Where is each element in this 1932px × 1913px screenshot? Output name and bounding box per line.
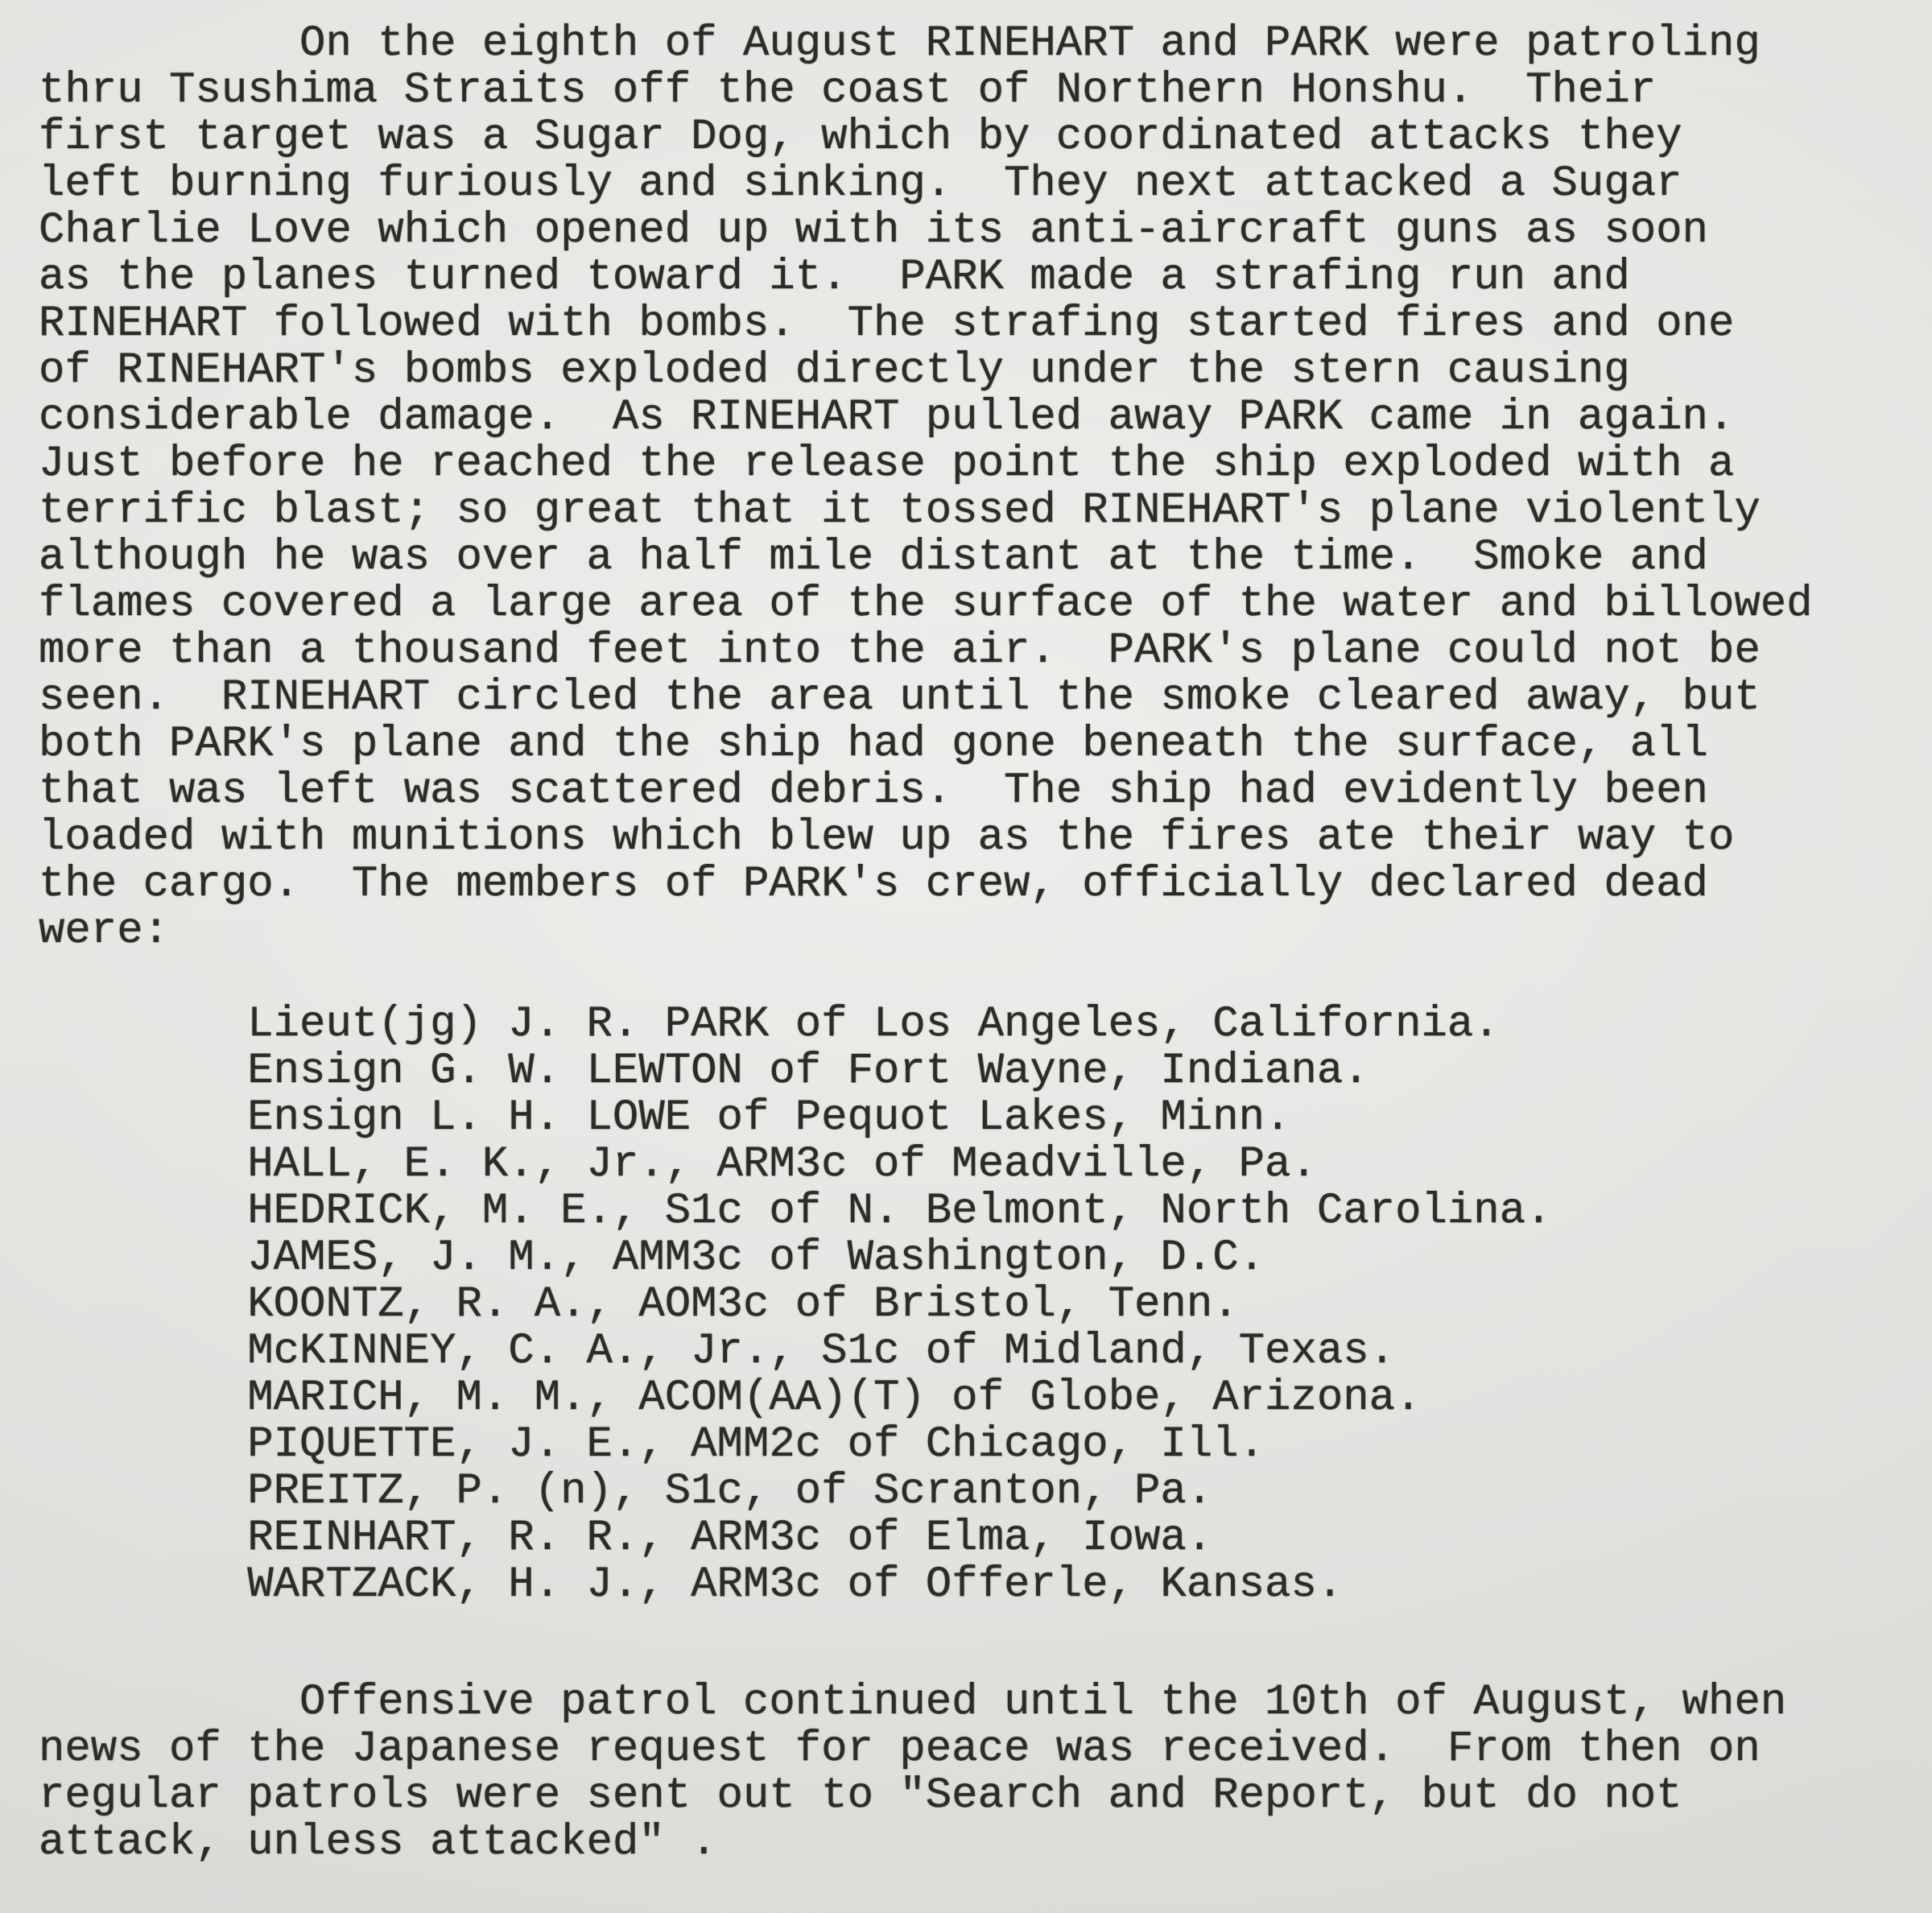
crew-line: MARICH, M. M., ACOM(AA)(T) of Globe, Ari… <box>39 1375 1908 1422</box>
report-line: although he was over a half mile distant… <box>39 535 1908 581</box>
report-line: terrific blast; so great that it tossed … <box>39 488 1908 535</box>
report-line: On the eighth of August RINEHART and PAR… <box>39 21 1908 68</box>
closing-paragraph: Offensive patrol continued until the 10t… <box>39 1680 1908 1866</box>
crew-line: REINHART, R. R., ARM3c of Elma, Iowa. <box>39 1515 1908 1562</box>
report-line: Charlie Love which opened up with its an… <box>39 208 1908 254</box>
report-line: the cargo. The members of PARK's crew, o… <box>39 861 1908 908</box>
report-line: Just before he reached the release point… <box>39 441 1908 488</box>
report-line: thru Tsushima Straits off the coast of N… <box>39 68 1908 114</box>
crew-line: WARTZACK, H. J., ARM3c of Offerle, Kansa… <box>39 1562 1908 1609</box>
report-line: loaded with munitions which blew up as t… <box>39 815 1908 861</box>
report-line: both PARK's plane and the ship had gone … <box>39 721 1908 768</box>
opening-paragraph: On the eighth of August RINEHART and PAR… <box>39 21 1908 955</box>
report-line: as the planes turned toward it. PARK mad… <box>39 254 1908 301</box>
crew-line: Lieut(jg) J. R. PARK of Los Angeles, Cal… <box>39 1002 1908 1048</box>
report-line: first target was a Sugar Dog, which by c… <box>39 114 1908 161</box>
report-line: flames covered a large area of the surfa… <box>39 581 1908 628</box>
crew-casualty-list: Lieut(jg) J. R. PARK of Los Angeles, Cal… <box>39 1002 1908 1609</box>
crew-line: JAMES, J. M., AMM3c of Washington, D.C. <box>39 1235 1908 1282</box>
report-line: news of the Japanese request for peace w… <box>39 1726 1908 1773</box>
crew-line: HALL, E. K., Jr., ARM3c of Meadville, Pa… <box>39 1142 1908 1188</box>
report-line: considerable damage. As RINEHART pulled … <box>39 395 1908 441</box>
report-line: that was left was scattered debris. The … <box>39 768 1908 815</box>
report-line: were: <box>39 908 1908 955</box>
report-line: seen. RINEHART circled the area until th… <box>39 675 1908 721</box>
crew-line: Ensign L. H. LOWE of Pequot Lakes, Minn. <box>39 1095 1908 1142</box>
report-line: left burning furiously and sinking. They… <box>39 161 1908 208</box>
crew-line: PREITZ, P. (n), S1c, of Scranton, Pa. <box>39 1469 1908 1515</box>
report-line: regular patrols were sent out to "Search… <box>39 1773 1908 1820</box>
crew-line: KOONTZ, R. A., AOM3c of Bristol, Tenn. <box>39 1282 1908 1328</box>
crew-line: Ensign G. W. LEWTON of Fort Wayne, India… <box>39 1048 1908 1095</box>
typewritten-report-page: On the eighth of August RINEHART and PAR… <box>0 0 1932 1866</box>
report-line: RINEHART followed with bombs. The strafi… <box>39 301 1908 348</box>
report-line: of RINEHART's bombs exploded directly un… <box>39 348 1908 395</box>
report-line: Offensive patrol continued until the 10t… <box>39 1680 1908 1726</box>
crew-line: HEDRICK, M. E., S1c of N. Belmont, North… <box>39 1188 1908 1235</box>
report-line: attack, unless attacked" . <box>39 1820 1908 1866</box>
crew-line: McKINNEY, C. A., Jr., S1c of Midland, Te… <box>39 1328 1908 1375</box>
crew-line: PIQUETTE, J. E., AMM2c of Chicago, Ill. <box>39 1422 1908 1469</box>
report-line: more than a thousand feet into the air. … <box>39 628 1908 675</box>
